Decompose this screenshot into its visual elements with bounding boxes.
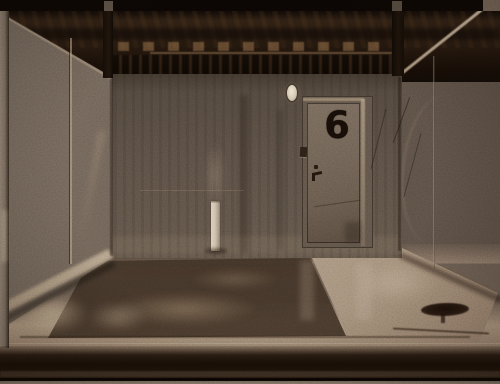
film-grain [0,0,500,384]
garage-photo: 6 [0,0,500,384]
